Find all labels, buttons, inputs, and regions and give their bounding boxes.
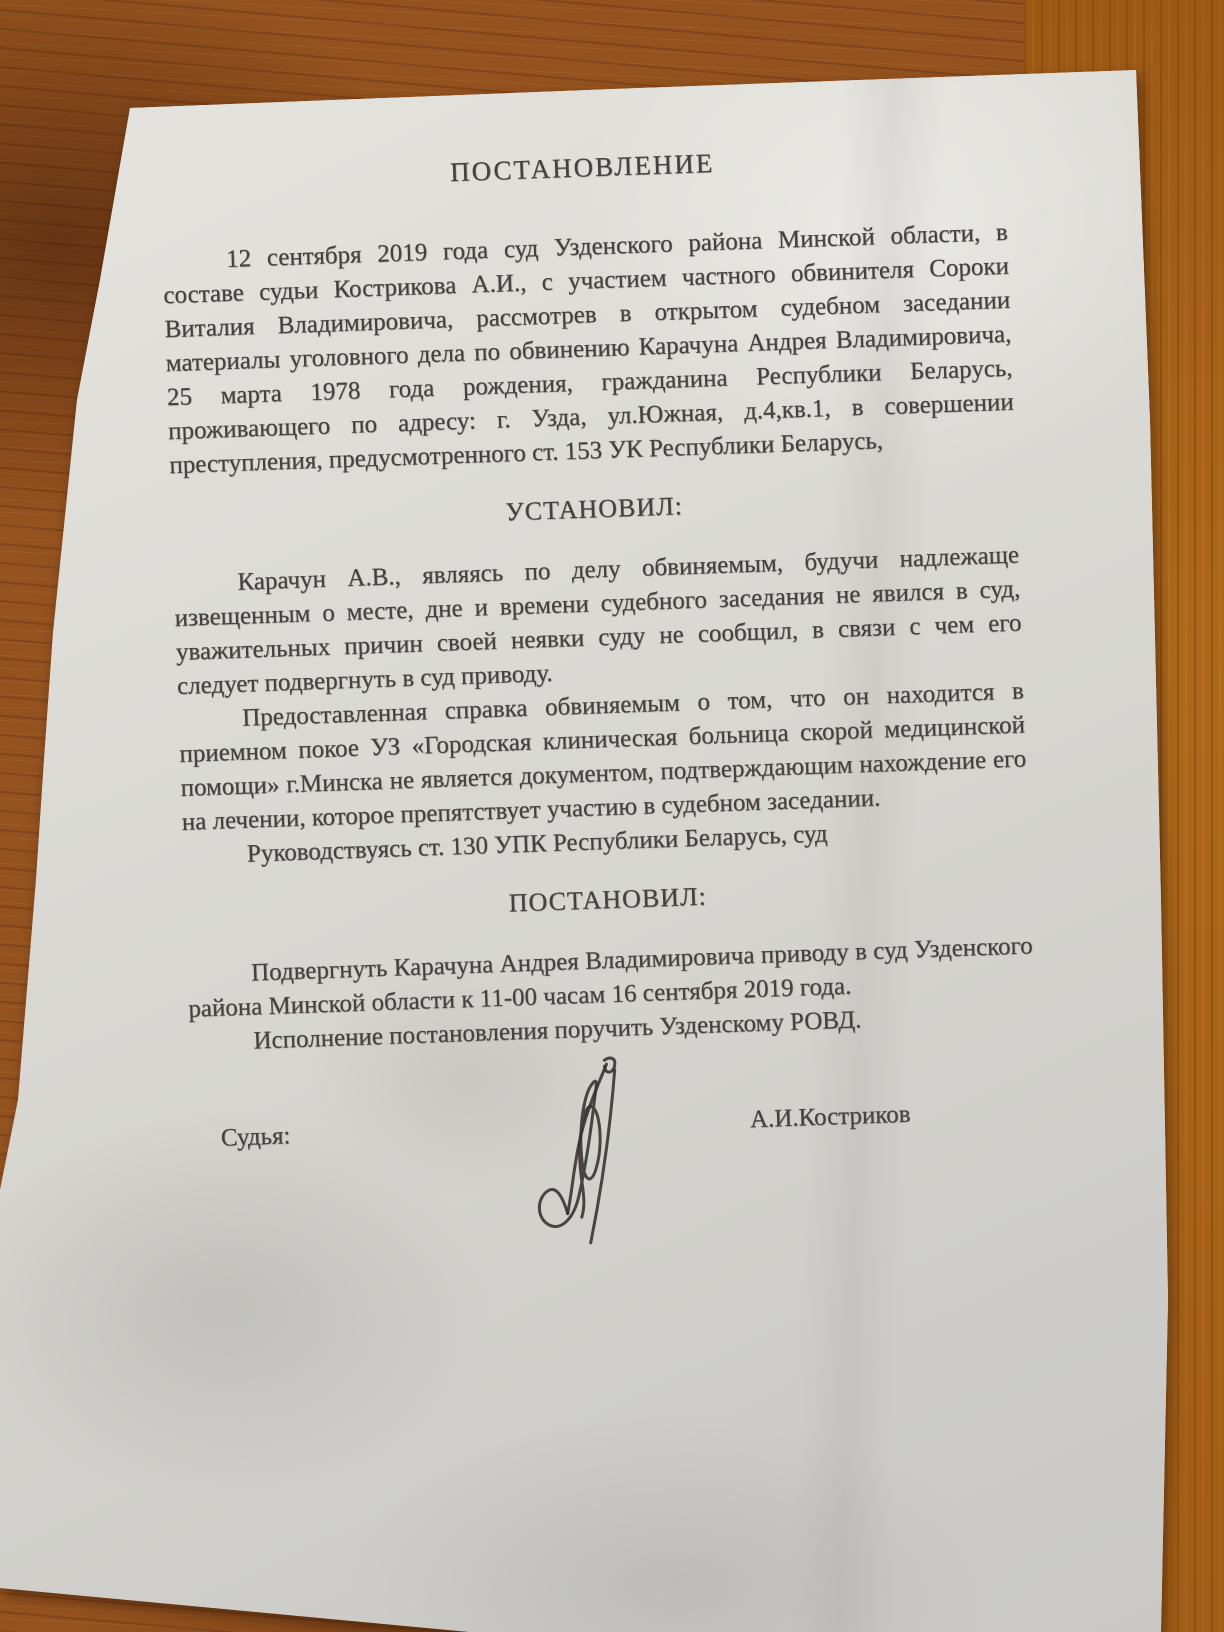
judge-signature-icon — [518, 1044, 676, 1269]
intro-paragraph: 12 сентября 2019 года суд Узденского рай… — [162, 216, 1016, 483]
document-paper: ПОСТАНОВЛЕНИЕ 12 сентября 2019 года суд … — [0, 0, 1224, 1632]
paper-surface: ПОСТАНОВЛЕНИЕ 12 сентября 2019 года суд … — [0, 0, 1224, 1632]
judge-name: А.И.Костриков — [749, 1098, 911, 1138]
document-title: ПОСТАНОВЛЕНИЕ — [159, 136, 1006, 200]
established-heading: УСТАНОВИЛ: — [171, 478, 1018, 542]
signature-row: Судья: А.И.Костриков — [192, 1093, 1039, 1157]
court-resolution-document: ПОСТАНОВЛЕНИЕ 12 сентября 2019 года суд … — [159, 136, 1039, 1157]
resolved-heading: ПОСТАНОВИЛ: — [184, 868, 1031, 932]
judge-label: Судья: — [220, 1119, 291, 1155]
photo-scene: ПОСТАНОВЛЕНИЕ 12 сентября 2019 года суд … — [0, 0, 1224, 1632]
